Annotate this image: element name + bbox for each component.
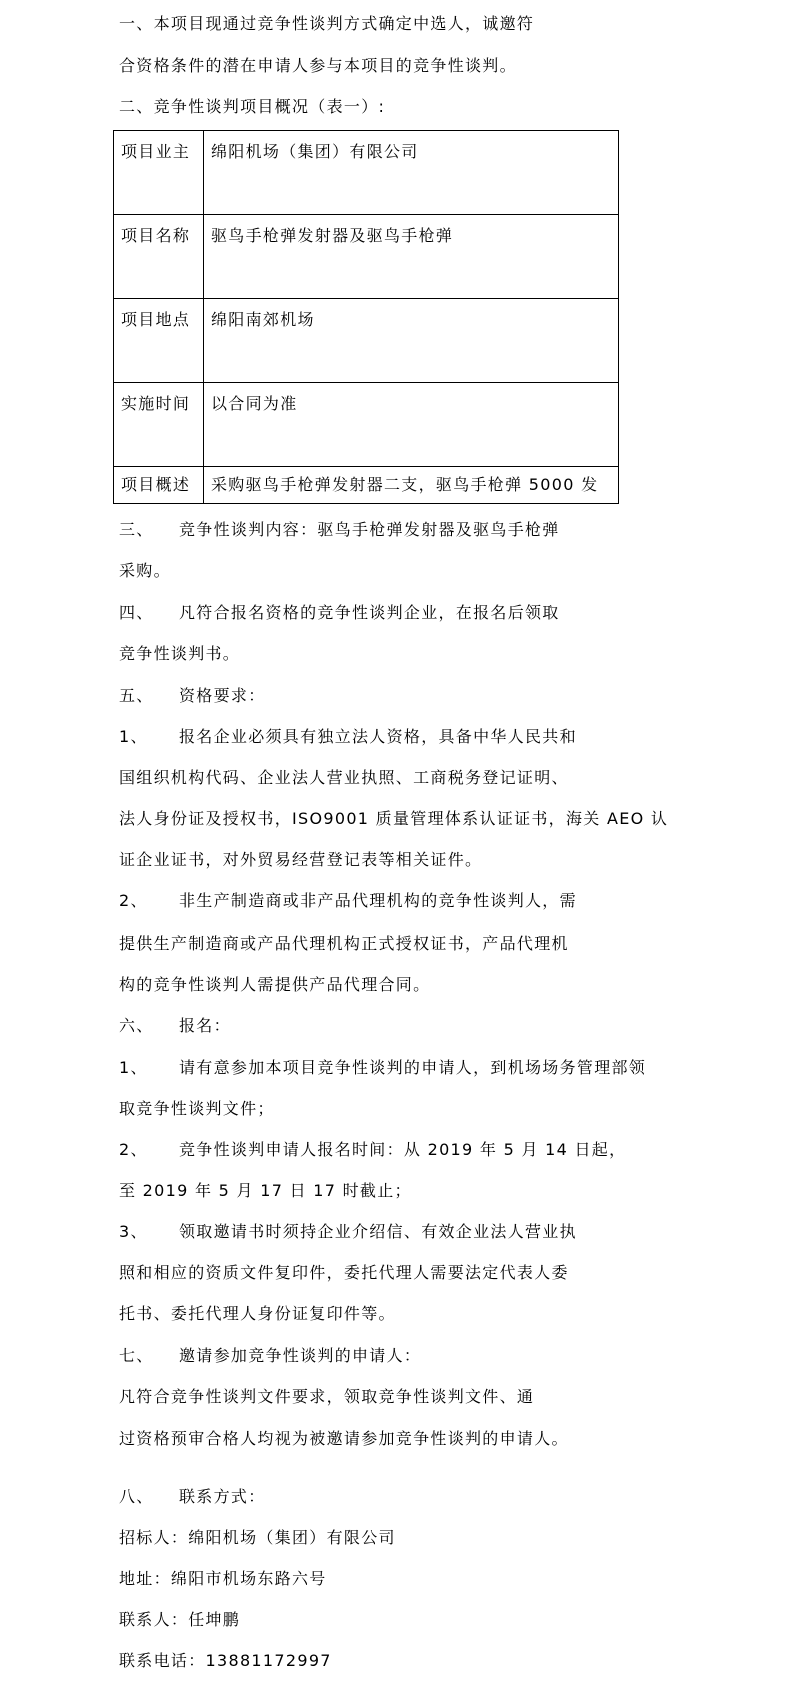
row-label-location: 项目地点 bbox=[114, 299, 204, 383]
row-label-owner: 项目业主 bbox=[114, 131, 204, 215]
section3-line1: 三、竞争性谈判内容：驱鸟手枪弹发射器及驱鸟手枪弹 bbox=[119, 520, 560, 540]
table-row: 项目地点 绵阳南郊机场 bbox=[114, 299, 619, 383]
project-overview-table: 项目业主 绵阳机场（集团）有限公司 项目名称 驱鸟手枪弹发射器及驱鸟手枪弹 项目… bbox=[113, 130, 619, 504]
section6-item1-number: 1、 bbox=[119, 1058, 179, 1078]
section5-heading-text: 资格要求： bbox=[179, 686, 266, 705]
table-row: 项目名称 驱鸟手枪弹发射器及驱鸟手枪弹 bbox=[114, 215, 619, 299]
section5-item2-number: 2、 bbox=[119, 891, 179, 911]
section6-item3-number: 3、 bbox=[119, 1222, 179, 1242]
section5-item2-text: 非生产制造商或非产品代理机构的竞争性谈判人，需 bbox=[179, 891, 577, 910]
section5-item1-line1: 1、报名企业必须具有独立法人资格，具备中华人民共和 bbox=[119, 727, 577, 747]
section6-number: 六、 bbox=[119, 1016, 179, 1036]
section5-item2-line1: 2、非生产制造商或非产品代理机构的竞争性谈判人，需 bbox=[119, 891, 577, 911]
row-label-time: 实施时间 bbox=[114, 383, 204, 467]
section4-number: 四、 bbox=[119, 603, 179, 623]
row-value-location: 绵阳南郊机场 bbox=[204, 299, 619, 383]
section6-item2-line1: 2、竞争性谈判申请人报名时间：从 2019 年 5 月 14 日起， bbox=[119, 1140, 626, 1160]
section5-item1-line4: 证企业证书，对外贸易经营登记表等相关证件。 bbox=[119, 850, 482, 870]
section1-line2: 合资格条件的潜在申请人参与本项目的竞争性谈判。 bbox=[119, 56, 517, 76]
row-label-name: 项目名称 bbox=[114, 215, 204, 299]
section2-heading: 二、竞争性谈判项目概况（表一）: bbox=[119, 97, 385, 117]
section6-item3-line3: 托书、委托代理人身份证复印件等。 bbox=[119, 1304, 396, 1324]
row-value-summary: 采购驱鸟手枪弹发射器二支，驱鸟手枪弹 5000 发 bbox=[204, 467, 619, 504]
section6-heading: 六、报名： bbox=[119, 1016, 231, 1036]
section7-line2: 过资格预审合格人均视为被邀请参加竞争性谈判的申请人。 bbox=[119, 1429, 569, 1449]
section6-item2-line2: 至 2019 年 5 月 17 日 17 时截止； bbox=[119, 1181, 412, 1201]
section5-item2-line2: 提供生产制造商或产品代理机构正式授权证书，产品代理机 bbox=[119, 934, 569, 954]
section5-heading: 五、资格要求： bbox=[119, 686, 266, 706]
section6-item3-line1: 3、领取邀请书时须持企业介绍信、有效企业法人营业执 bbox=[119, 1222, 577, 1242]
row-value-time: 以合同为准 bbox=[204, 383, 619, 467]
section3-text: 竞争性谈判内容：驱鸟手枪弹发射器及驱鸟手枪弹 bbox=[179, 520, 560, 539]
section5-item2-line3: 构的竞争性谈判人需提供产品代理合同。 bbox=[119, 975, 430, 995]
section6-item2-text: 竞争性谈判申请人报名时间：从 2019 年 5 月 14 日起， bbox=[179, 1140, 626, 1159]
contact-tenderer: 招标人：绵阳机场（集团）有限公司 bbox=[119, 1528, 396, 1548]
section6-item1-text: 请有意参加本项目竞争性谈判的申请人，到机场场务管理部领 bbox=[179, 1058, 646, 1077]
section6-heading-text: 报名： bbox=[179, 1016, 231, 1035]
section4-line2: 竞争性谈判书。 bbox=[119, 644, 240, 664]
table-row: 项目业主 绵阳机场（集团）有限公司 bbox=[114, 131, 619, 215]
section3-line2: 采购。 bbox=[119, 561, 171, 581]
contact-phone: 联系电话：13881172997 bbox=[119, 1651, 332, 1671]
section6-item2-number: 2、 bbox=[119, 1140, 179, 1160]
section5-item1-text: 报名企业必须具有独立法人资格，具备中华人民共和 bbox=[179, 727, 577, 746]
contact-person: 联系人：任坤鹏 bbox=[119, 1610, 240, 1630]
section4-line1: 四、凡符合报名资格的竞争性谈判企业，在报名后领取 bbox=[119, 603, 560, 623]
section5-item1-number: 1、 bbox=[119, 727, 179, 747]
section6-item1-line1: 1、请有意参加本项目竞争性谈判的申请人，到机场场务管理部领 bbox=[119, 1058, 646, 1078]
section1-line1: 一、本项目现通过竞争性谈判方式确定中选人，诚邀符 bbox=[119, 14, 534, 34]
contact-address: 地址：绵阳市机场东路六号 bbox=[119, 1569, 327, 1589]
section6-item3-line2: 照和相应的资质文件复印件，委托代理人需要法定代表人委 bbox=[119, 1263, 569, 1283]
section7-heading: 七、邀请参加竞争性谈判的申请人： bbox=[119, 1346, 421, 1366]
section7-number: 七、 bbox=[119, 1346, 179, 1366]
row-label-summary: 项目概述 bbox=[114, 467, 204, 504]
section8-number: 八、 bbox=[119, 1487, 179, 1507]
section4-text: 凡符合报名资格的竞争性谈判企业，在报名后领取 bbox=[179, 603, 560, 622]
section5-item1-line3: 法人身份证及授权书，ISO9001 质量管理体系认证证书，海关 AEO 认 bbox=[119, 809, 668, 829]
section3-number: 三、 bbox=[119, 520, 179, 540]
section6-item1-line2: 取竞争性谈判文件； bbox=[119, 1099, 275, 1119]
section6-item3-text: 领取邀请书时须持企业介绍信、有效企业法人营业执 bbox=[179, 1222, 577, 1241]
section5-item1-line2: 国组织机构代码、企业法人营业执照、工商税务登记证明、 bbox=[119, 768, 569, 788]
section7-line1: 凡符合竞争性谈判文件要求，领取竞争性谈判文件、通 bbox=[119, 1387, 534, 1407]
section7-heading-text: 邀请参加竞争性谈判的申请人： bbox=[179, 1346, 421, 1365]
table-row: 项目概述 采购驱鸟手枪弹发射器二支，驱鸟手枪弹 5000 发 bbox=[114, 467, 619, 504]
section8-heading-text: 联系方式： bbox=[179, 1487, 266, 1506]
section5-number: 五、 bbox=[119, 686, 179, 706]
table-row: 实施时间 以合同为准 bbox=[114, 383, 619, 467]
row-value-owner: 绵阳机场（集团）有限公司 bbox=[204, 131, 619, 215]
section8-heading: 八、联系方式： bbox=[119, 1487, 266, 1507]
row-value-name: 驱鸟手枪弹发射器及驱鸟手枪弹 bbox=[204, 215, 619, 299]
